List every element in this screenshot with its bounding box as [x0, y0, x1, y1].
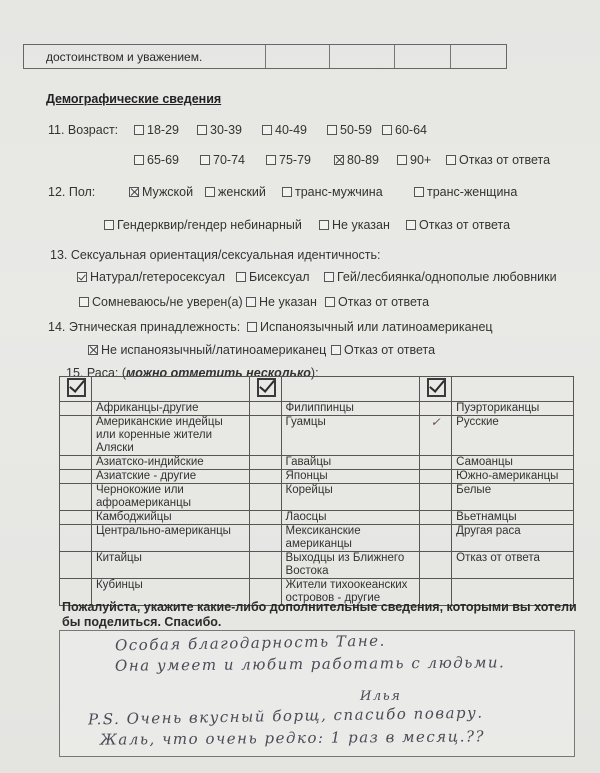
- checkbox[interactable]: [382, 125, 392, 135]
- race-option-label: Центрально-американцы: [91, 525, 249, 552]
- column-check-header: [420, 377, 452, 402]
- column-check-header: [60, 377, 92, 402]
- race-option-label: Выходцы из Ближнего Востока: [281, 552, 420, 579]
- race-option-label: Китайцы: [91, 552, 249, 579]
- q11-option[interactable]: 75-79: [266, 153, 311, 167]
- checkmark-icon: [427, 378, 446, 397]
- q11-option[interactable]: 18-29: [134, 123, 179, 137]
- q13-option[interactable]: Отказ от ответа: [325, 295, 429, 309]
- race-checkbox-cell[interactable]: [60, 402, 92, 416]
- handwritten-line: Жаль, что очень редко: 1 раз в месяц.??: [100, 727, 485, 748]
- q12-option[interactable]: Отказ от ответа: [406, 218, 510, 232]
- checkbox[interactable]: [247, 322, 257, 332]
- race-option-label: Мексиканские американцы: [281, 525, 420, 552]
- race-checkbox-cell[interactable]: [420, 470, 452, 484]
- race-checkbox-cell[interactable]: [249, 525, 281, 552]
- column-check-header: [249, 377, 281, 402]
- race-checkbox-cell[interactable]: [60, 511, 92, 525]
- checkbox[interactable]: [205, 187, 215, 197]
- race-row: Американские индейцы или коренные жители…: [60, 416, 574, 456]
- checkbox[interactable]: [406, 220, 416, 230]
- race-checkbox-cell[interactable]: [249, 402, 281, 416]
- checkbox[interactable]: [446, 155, 456, 165]
- race-option-label: Гуамцы: [281, 416, 420, 456]
- race-checkbox-cell[interactable]: [420, 511, 452, 525]
- race-checkbox-cell[interactable]: [249, 470, 281, 484]
- q12-option[interactable]: транс-женщина: [414, 185, 517, 199]
- q12-option[interactable]: Не указан: [319, 218, 390, 232]
- race-option-label: Корейцы: [281, 484, 420, 511]
- race-option-label: Американские индейцы или коренные жители…: [91, 416, 249, 456]
- checked-checkbox[interactable]: [77, 272, 87, 282]
- race-option-label: Другая раса: [452, 525, 574, 552]
- checkbox[interactable]: [397, 155, 407, 165]
- q14-option[interactable]: Испаноязычный или латиноамериканец: [247, 320, 493, 334]
- q13-option[interactable]: Гей/лесбиянка/однополые любовники: [324, 270, 557, 284]
- comments-field[interactable]: Особая благодарность Тане. Она умеет и л…: [59, 630, 575, 757]
- previous-question-text: достоинством и уважением.: [24, 45, 266, 68]
- q14-option[interactable]: Отказ от ответа: [331, 343, 435, 357]
- race-option-label: Азиатско-индийские: [91, 456, 249, 470]
- checkbox[interactable]: [246, 297, 256, 307]
- race-checkbox-cell[interactable]: [60, 484, 92, 511]
- rating-cell[interactable]: [451, 45, 506, 68]
- race-option-label: Азиатские - другие: [91, 470, 249, 484]
- checkbox[interactable]: [104, 220, 114, 230]
- race-option-label: Отказ от ответа: [452, 552, 574, 579]
- checkbox[interactable]: [414, 187, 424, 197]
- q13-label: 13. Сексуальная ориентация/сексуальная и…: [50, 248, 381, 262]
- rating-cell[interactable]: [330, 45, 395, 68]
- checkbox[interactable]: [134, 125, 144, 135]
- race-option-label: Лаосцы: [281, 511, 420, 525]
- rating-cell[interactable]: [266, 45, 330, 68]
- race-checkbox-cell[interactable]: [60, 525, 92, 552]
- q11-option[interactable]: 90+: [397, 153, 431, 167]
- q11-option[interactable]: 65-69: [134, 153, 179, 167]
- race-checkbox-cell[interactable]: [420, 484, 452, 511]
- q13-option-checked[interactable]: Натурал/гетеросексуал: [77, 270, 225, 284]
- race-row: КамбоджийцыЛаосцыВьетнамцы: [60, 511, 574, 525]
- race-checkbox-cell[interactable]: ✓: [420, 416, 452, 456]
- race-checkbox-cell[interactable]: [60, 470, 92, 484]
- rating-cell[interactable]: [395, 45, 451, 68]
- race-option-label: Филиппинцы: [281, 402, 420, 416]
- q13-option[interactable]: Не указан: [246, 295, 317, 309]
- race-checkbox-cell[interactable]: [249, 511, 281, 525]
- q13-option[interactable]: Бисексуал: [236, 270, 310, 284]
- race-option-label: Гавайцы: [281, 456, 420, 470]
- race-checkbox-cell[interactable]: [249, 456, 281, 470]
- handwritten-line: P.S. Очень вкусный борщ, спасибо повару.: [88, 704, 484, 729]
- checked-checkbox[interactable]: [129, 187, 139, 197]
- checkbox[interactable]: [236, 272, 246, 282]
- checkmark-icon: [67, 378, 86, 397]
- race-row: КитайцыВыходцы из Ближнего ВостокаОтказ …: [60, 552, 574, 579]
- handwritten-checkmark-icon: ✓: [431, 415, 441, 429]
- q11-option-checked[interactable]: 80-89: [334, 153, 379, 167]
- q12-option[interactable]: женский: [205, 185, 266, 199]
- q11-label: 11. Возраст:: [48, 123, 118, 137]
- race-option-label: Белые: [452, 484, 574, 511]
- checkmark-icon: [257, 378, 276, 397]
- checked-checkbox[interactable]: [334, 155, 344, 165]
- section-title: Демографические сведения: [46, 92, 221, 106]
- checkbox[interactable]: [200, 155, 210, 165]
- q12-option-checked[interactable]: Мужской: [129, 185, 193, 199]
- race-row: Азиатско-индийскиеГавайцыСамоанцы: [60, 456, 574, 470]
- race-row: Азиатские - другиеЯпонцыЮжно-американцы: [60, 470, 574, 484]
- checkbox[interactable]: [331, 345, 341, 355]
- race-row: Африканцы-другиеФилиппинцыПуэрториканцы: [60, 402, 574, 416]
- race-checkbox-cell[interactable]: [60, 416, 92, 456]
- checkbox[interactable]: [327, 125, 337, 135]
- checkbox[interactable]: [197, 125, 207, 135]
- checked-checkbox[interactable]: [88, 345, 98, 355]
- q11-option[interactable]: 50-59: [327, 123, 372, 137]
- q11-option[interactable]: 70-74: [200, 153, 245, 167]
- q11-option[interactable]: 40-49: [262, 123, 307, 137]
- handwritten-line: Особая благодарность Тане.: [115, 632, 386, 655]
- race-option-label: Японцы: [281, 470, 420, 484]
- q11-option[interactable]: 30-39: [197, 123, 242, 137]
- race-header-row: [60, 377, 574, 402]
- checkbox[interactable]: [319, 220, 329, 230]
- race-row: Центрально-американцыМексиканские америк…: [60, 525, 574, 552]
- checkbox[interactable]: [324, 272, 334, 282]
- comments-prompt: Пожалуйста, укажите какие-либо дополните…: [62, 600, 582, 630]
- race-option-label: Африканцы-другие: [91, 402, 249, 416]
- q14-label: 14. Этническая принадлежность:: [48, 320, 240, 334]
- race-option-label: Южно-американцы: [452, 470, 574, 484]
- handwritten-signature: Илья: [360, 689, 401, 704]
- q12-option[interactable]: транс-мужчина: [282, 185, 383, 199]
- race-option-label: Пуэрториканцы: [452, 402, 574, 416]
- race-checkbox-cell[interactable]: [420, 456, 452, 470]
- race-row: Чернокожие или афроамериканцыКорейцыБелы…: [60, 484, 574, 511]
- race-checkbox-cell[interactable]: [249, 416, 281, 456]
- checkbox[interactable]: [325, 297, 335, 307]
- race-option-label: Чернокожие или афроамериканцы: [91, 484, 249, 511]
- q14-option-checked[interactable]: Не испаноязычный/латиноамериканец: [88, 343, 326, 357]
- race-option-label: Русские: [452, 416, 574, 456]
- checkbox[interactable]: [134, 155, 144, 165]
- race-checkbox-cell[interactable]: [60, 456, 92, 470]
- checkbox[interactable]: [262, 125, 272, 135]
- previous-question-row: достоинством и уважением.: [23, 44, 507, 69]
- race-checkbox-cell[interactable]: [420, 525, 452, 552]
- race-option-label: Вьетнамцы: [452, 511, 574, 525]
- checkbox[interactable]: [266, 155, 276, 165]
- q12-label: 12. Пол:: [48, 185, 95, 199]
- q13-option[interactable]: Сомневаюсь/не уверен(а): [79, 295, 243, 309]
- race-checkbox-cell[interactable]: [249, 484, 281, 511]
- q11-option[interactable]: Отказ от ответа: [446, 153, 550, 167]
- handwritten-line: Она умеет и любит работать с людьми.: [115, 653, 505, 674]
- checkbox[interactable]: [79, 297, 89, 307]
- race-checkbox-cell[interactable]: [420, 552, 452, 579]
- checkbox[interactable]: [282, 187, 292, 197]
- race-table: Африканцы-другиеФилиппинцыПуэрториканцыА…: [59, 376, 574, 606]
- q11-option[interactable]: 60-64: [382, 123, 427, 137]
- race-option-label: Самоанцы: [452, 456, 574, 470]
- race-checkbox-cell[interactable]: [249, 552, 281, 579]
- q12-option[interactable]: Гендерквир/гендер небинарный: [104, 218, 302, 232]
- race-checkbox-cell[interactable]: [420, 402, 452, 416]
- race-option-label: Камбоджийцы: [91, 511, 249, 525]
- race-checkbox-cell[interactable]: [60, 552, 92, 579]
